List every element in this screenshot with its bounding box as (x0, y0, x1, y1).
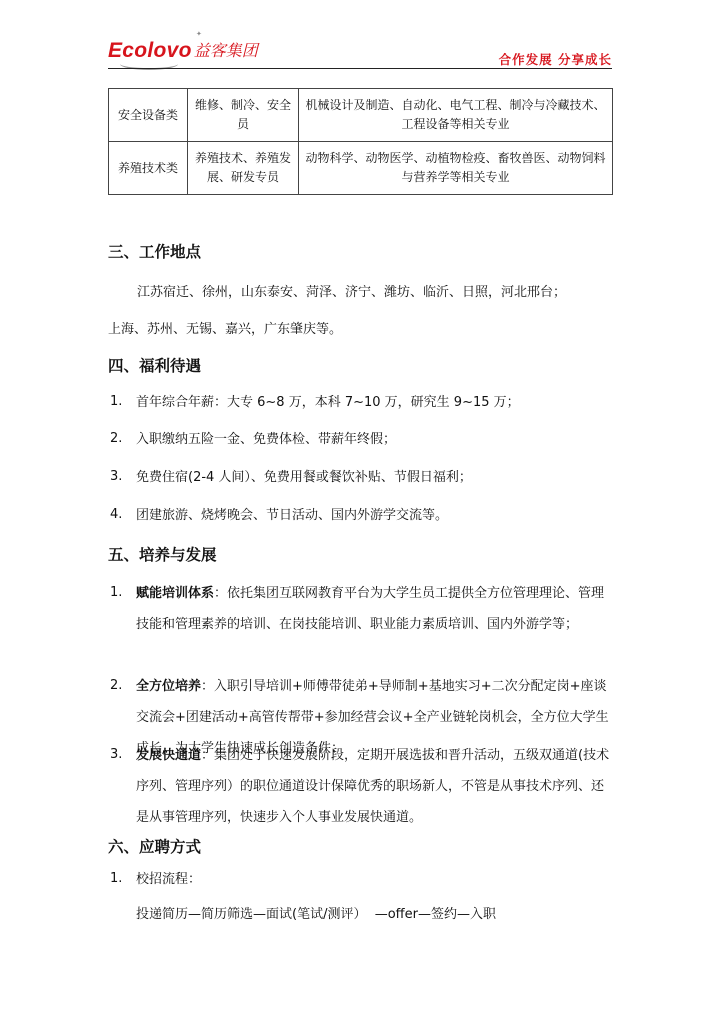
list-number: 1. (110, 585, 122, 600)
list-number: 4. (110, 507, 122, 522)
list-item-heading: 发展快通道 (136, 748, 201, 763)
list-item: 1. 首年综合年薪：大专 6~8 万，本科 7~10 万，研究生 9~15 万； (108, 394, 613, 412)
list-text: 团建旅游、烧烤晚会、节日活动、国内外游学交流等。 (136, 507, 613, 525)
list-item-heading: 赋能培训体系 (136, 586, 214, 601)
list-text: 首年综合年薪：大专 6~8 万，本科 7~10 万，研究生 9~15 万； (136, 394, 613, 412)
table-cell-positions: 维修、制冷、安全员 (188, 89, 299, 142)
section-title-development: 五、培养与发展 (108, 543, 217, 565)
list-item: 3. 发展快通道：集团处于快速发展阶段，定期开展选拔和晋升活动，五级双通道(技术… (108, 740, 613, 833)
table-cell-majors: 动物科学、动物医学、动植物检疫、畜牧兽医、动物饲料与营养学等相关专业 (299, 142, 613, 195)
list-item: 4. 团建旅游、烧烤晚会、节日活动、国内外游学交流等。 (108, 507, 613, 525)
list-number: 1. (110, 871, 122, 886)
majors-table: 安全设备类 维修、制冷、安全员 机械设计及制造、自动化、电气工程、制冷与冷藏技术… (108, 88, 613, 195)
section-title-location: 三、工作地点 (108, 240, 201, 262)
list-number: 2. (110, 431, 122, 446)
list-text: 发展快通道：集团处于快速发展阶段，定期开展选拔和晋升活动，五级双通道(技术序列、… (136, 740, 613, 833)
page-header: Ecolovo 益客集团 ✦ 合作发展 分享成长 (108, 28, 612, 68)
table-cell-majors: 机械设计及制造、自动化、电气工程、制冷与冷藏技术、工程设备等相关专业 (299, 89, 613, 142)
list-number: 3. (110, 747, 122, 762)
company-logo: Ecolovo 益客集团 ✦ (108, 32, 258, 62)
section-title-benefits: 四、福利待遇 (108, 354, 201, 376)
table-cell-category: 安全设备类 (109, 89, 188, 142)
logo-text-cn: 益客集团 (194, 40, 258, 62)
list-item: 3. 免费住宿(2-4 人间）、免费用餐或餐饮补贴、节假日福利； (108, 469, 613, 487)
list-item-body: ：集团处于快速发展阶段，定期开展选拔和晋升活动，五级双通道(技术序列、管理序列）… (136, 748, 609, 825)
list-text: 校招流程： (136, 871, 613, 889)
table-row: 安全设备类 维修、制冷、安全员 机械设计及制造、自动化、电气工程、制冷与冷藏技术… (109, 89, 613, 142)
table-cell-positions: 养殖技术、养殖发展、研发专员 (188, 142, 299, 195)
list-number: 1. (110, 394, 122, 409)
logo-star-icon: ✦ (196, 30, 202, 38)
recruitment-process: 投递简历—简历筛选—面试(笔试/测评） —offer—签约—入职 (136, 903, 496, 922)
list-item-heading: 全方位培养 (136, 679, 201, 694)
table-cell-category: 养殖技术类 (109, 142, 188, 195)
list-number: 3. (110, 469, 122, 484)
list-item: 2. 入职缴纳五险一金、免费体检、带薪年终假； (108, 431, 613, 449)
list-text: 免费住宿(2-4 人间）、免费用餐或餐饮补贴、节假日福利； (136, 469, 613, 487)
list-item: 1. 校招流程： (108, 871, 613, 889)
location-text-line1: 江苏宿迁、徐州，山东泰安、菏泽、济宁、潍坊、临沂、日照，河北邢台； (137, 281, 566, 300)
table-row: 养殖技术类 养殖技术、养殖发展、研发专员 动物科学、动物医学、动植物检疫、畜牧兽… (109, 142, 613, 195)
list-number: 2. (110, 678, 122, 693)
list-item: 1. 赋能培训体系：依托集团互联网教育平台为大学生员工提供全方位管理理论、管理技… (108, 578, 613, 640)
header-divider (108, 68, 612, 69)
list-text: 赋能培训体系：依托集团互联网教育平台为大学生员工提供全方位管理理论、管理技能和管… (136, 578, 613, 640)
section-title-application: 六、应聘方式 (108, 835, 201, 857)
location-text-line2: 上海、苏州、无锡、嘉兴，广东肇庆等。 (108, 318, 342, 337)
list-text: 入职缴纳五险一金、免费体检、带薪年终假； (136, 431, 613, 449)
header-slogan: 合作发展 分享成长 (499, 50, 612, 68)
